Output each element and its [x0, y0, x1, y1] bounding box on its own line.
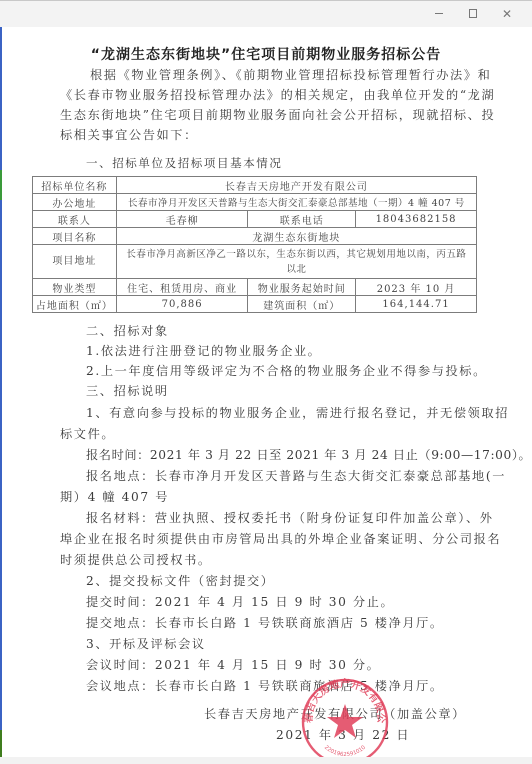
intro-line-4: 标相关事宜公告如下：	[60, 126, 198, 146]
table-value-line: 长春市净月高新区净乙一路以东，生态东街以西，其它规划用地以南，丙五路	[119, 247, 474, 262]
section2-item-1: 1.依法进行注册登记的物业服务企业。	[86, 342, 321, 362]
section3-heading: 三、招标说明	[86, 382, 169, 402]
section2-item-2: 2.上一年度信用等级评定为不合格的物业服务企业不得参与投标。	[86, 362, 487, 382]
table-value: 长春市净月高新区净乙一路以东，生态东街以西，其它规划用地以南，丙五路 以北	[116, 245, 476, 279]
table-row: 联系人 毛春柳 联系电话 18043682158	[33, 211, 477, 228]
section3-line: 报名地点：长春市净月开发区天普路与生态大街交汇泰豪总部基地(一	[86, 467, 506, 487]
project-info-table: 招标单位名称 长春吉天房地产开发有限公司 办公地址 长春市净月开发区天普路与生态…	[32, 176, 477, 313]
table-label: 建筑面积（㎡）	[248, 296, 356, 313]
table-value: 长春吉天房地产开发有限公司	[116, 177, 476, 194]
table-value: 毛春柳	[116, 211, 248, 228]
table-row: 招标单位名称 长春吉天房地产开发有限公司	[33, 177, 477, 194]
table-value: 长春市净月开发区天普路与生态大街交汇泰豪总部基地（一期）4 幢 407 号	[116, 194, 476, 211]
table-row: 办公地址 长春市净月开发区天普路与生态大街交汇泰豪总部基地（一期）4 幢 407…	[33, 194, 477, 211]
table-label: 联系人	[33, 211, 117, 228]
svg-text:2201962591010: 2201962591010	[323, 744, 367, 758]
section1-heading: 一、招标单位及招标项目基本情况	[86, 154, 283, 174]
window-titlebar: ✕	[0, 0, 532, 27]
table-label: 项目地址	[33, 245, 117, 279]
close-button[interactable]: ✕	[500, 7, 514, 21]
section3-line: 会议地点：长春市长白路 1 号铁联商旅酒店 5 楼净月厅。	[86, 677, 444, 697]
table-label: 项目名称	[33, 228, 117, 245]
section3-line: 1、有意向参与投标的物业服务企业，需进行报名登记，并无偿领取招	[86, 404, 509, 424]
star-icon	[327, 704, 363, 738]
table-value-line: 以北	[119, 262, 474, 277]
intro-line-2: 《长春市物业服务招投标管理办法》的相关规定，由我单位开发的“龙湖	[60, 86, 495, 106]
table-value: 164,144.71	[356, 296, 477, 313]
company-seal-stamp: 长春吉天房地产开发有限公司 2201962591010	[301, 678, 389, 764]
table-label: 招标单位名称	[33, 177, 117, 194]
section3-line: 提交时间：2021 年 4 月 15 日 9 时 30 分止。	[86, 593, 394, 613]
table-row: 物业类型 住宅、租赁用房、商业 物业服务起始时间 2023 年 10 月	[33, 279, 477, 296]
section2-heading: 二、招标对象	[86, 322, 169, 342]
table-row: 项目名称 龙湖生态东街地块	[33, 228, 477, 245]
section3-line: 3、开标及评标会议	[86, 635, 206, 655]
table-label: 物业类型	[33, 279, 117, 296]
section3-line: 期）4 幢 407 号	[60, 488, 169, 508]
table-label: 联系电话	[248, 211, 356, 228]
section3-line: 报名材料：营业执照、授权委托书（附身份证复印件加盖公章）、外	[86, 509, 494, 529]
table-label: 办公地址	[33, 194, 117, 211]
table-label: 物业服务起始时间	[248, 279, 356, 296]
section3-line: 会议时间：2021 年 4 月 15 日 9 时 30 分。	[86, 656, 380, 676]
section3-line: 时须提供总公司授权书。	[60, 551, 212, 571]
maximize-button[interactable]	[467, 7, 481, 21]
section3-line: 提交地点：长春市长白路 1 号铁联商旅酒店 5 楼净月厅。	[86, 614, 444, 634]
section3-line: 标文件。	[60, 425, 115, 445]
table-label: 占地面积（㎡）	[33, 296, 117, 313]
table-row: 项目地址 长春市净月高新区净乙一路以东，生态东街以西，其它规划用地以南，丙五路 …	[33, 245, 477, 279]
window-left-edge	[0, 0, 2, 764]
section3-line: 2、提交投标文件（密封提交）	[86, 572, 275, 592]
section3-line: 报名时间：2021 年 3 月 22 日至 2021 年 3 月 24 日止（9…	[86, 446, 531, 466]
intro-line-1: 根据《物业管理条例》、《前期物业管理招标投标管理暂行办法》和	[90, 66, 491, 86]
table-value: 18043682158	[356, 211, 477, 228]
intro-line-3: 生态东街地块”住宅项目前期物业服务面向社会公开招标，现就招标、投	[60, 106, 495, 126]
minimize-button[interactable]	[433, 7, 447, 21]
section3-line: 埠企业在报名时须提供由市房管局出具的外埠企业备案证明、分公司报名	[60, 530, 501, 550]
table-value: 龙湖生态东街地块	[116, 228, 476, 245]
table-value: 2023 年 10 月	[356, 279, 477, 296]
document-title: “龙湖生态东街地块”住宅项目前期物业服务招标公告	[0, 44, 532, 64]
table-row: 占地面积（㎡） 70,886 建筑面积（㎡） 164,144.71	[33, 296, 477, 313]
table-value: 住宅、租赁用房、商业	[116, 279, 248, 296]
table-value: 70,886	[116, 296, 248, 313]
window-bottom-bar	[0, 757, 532, 764]
